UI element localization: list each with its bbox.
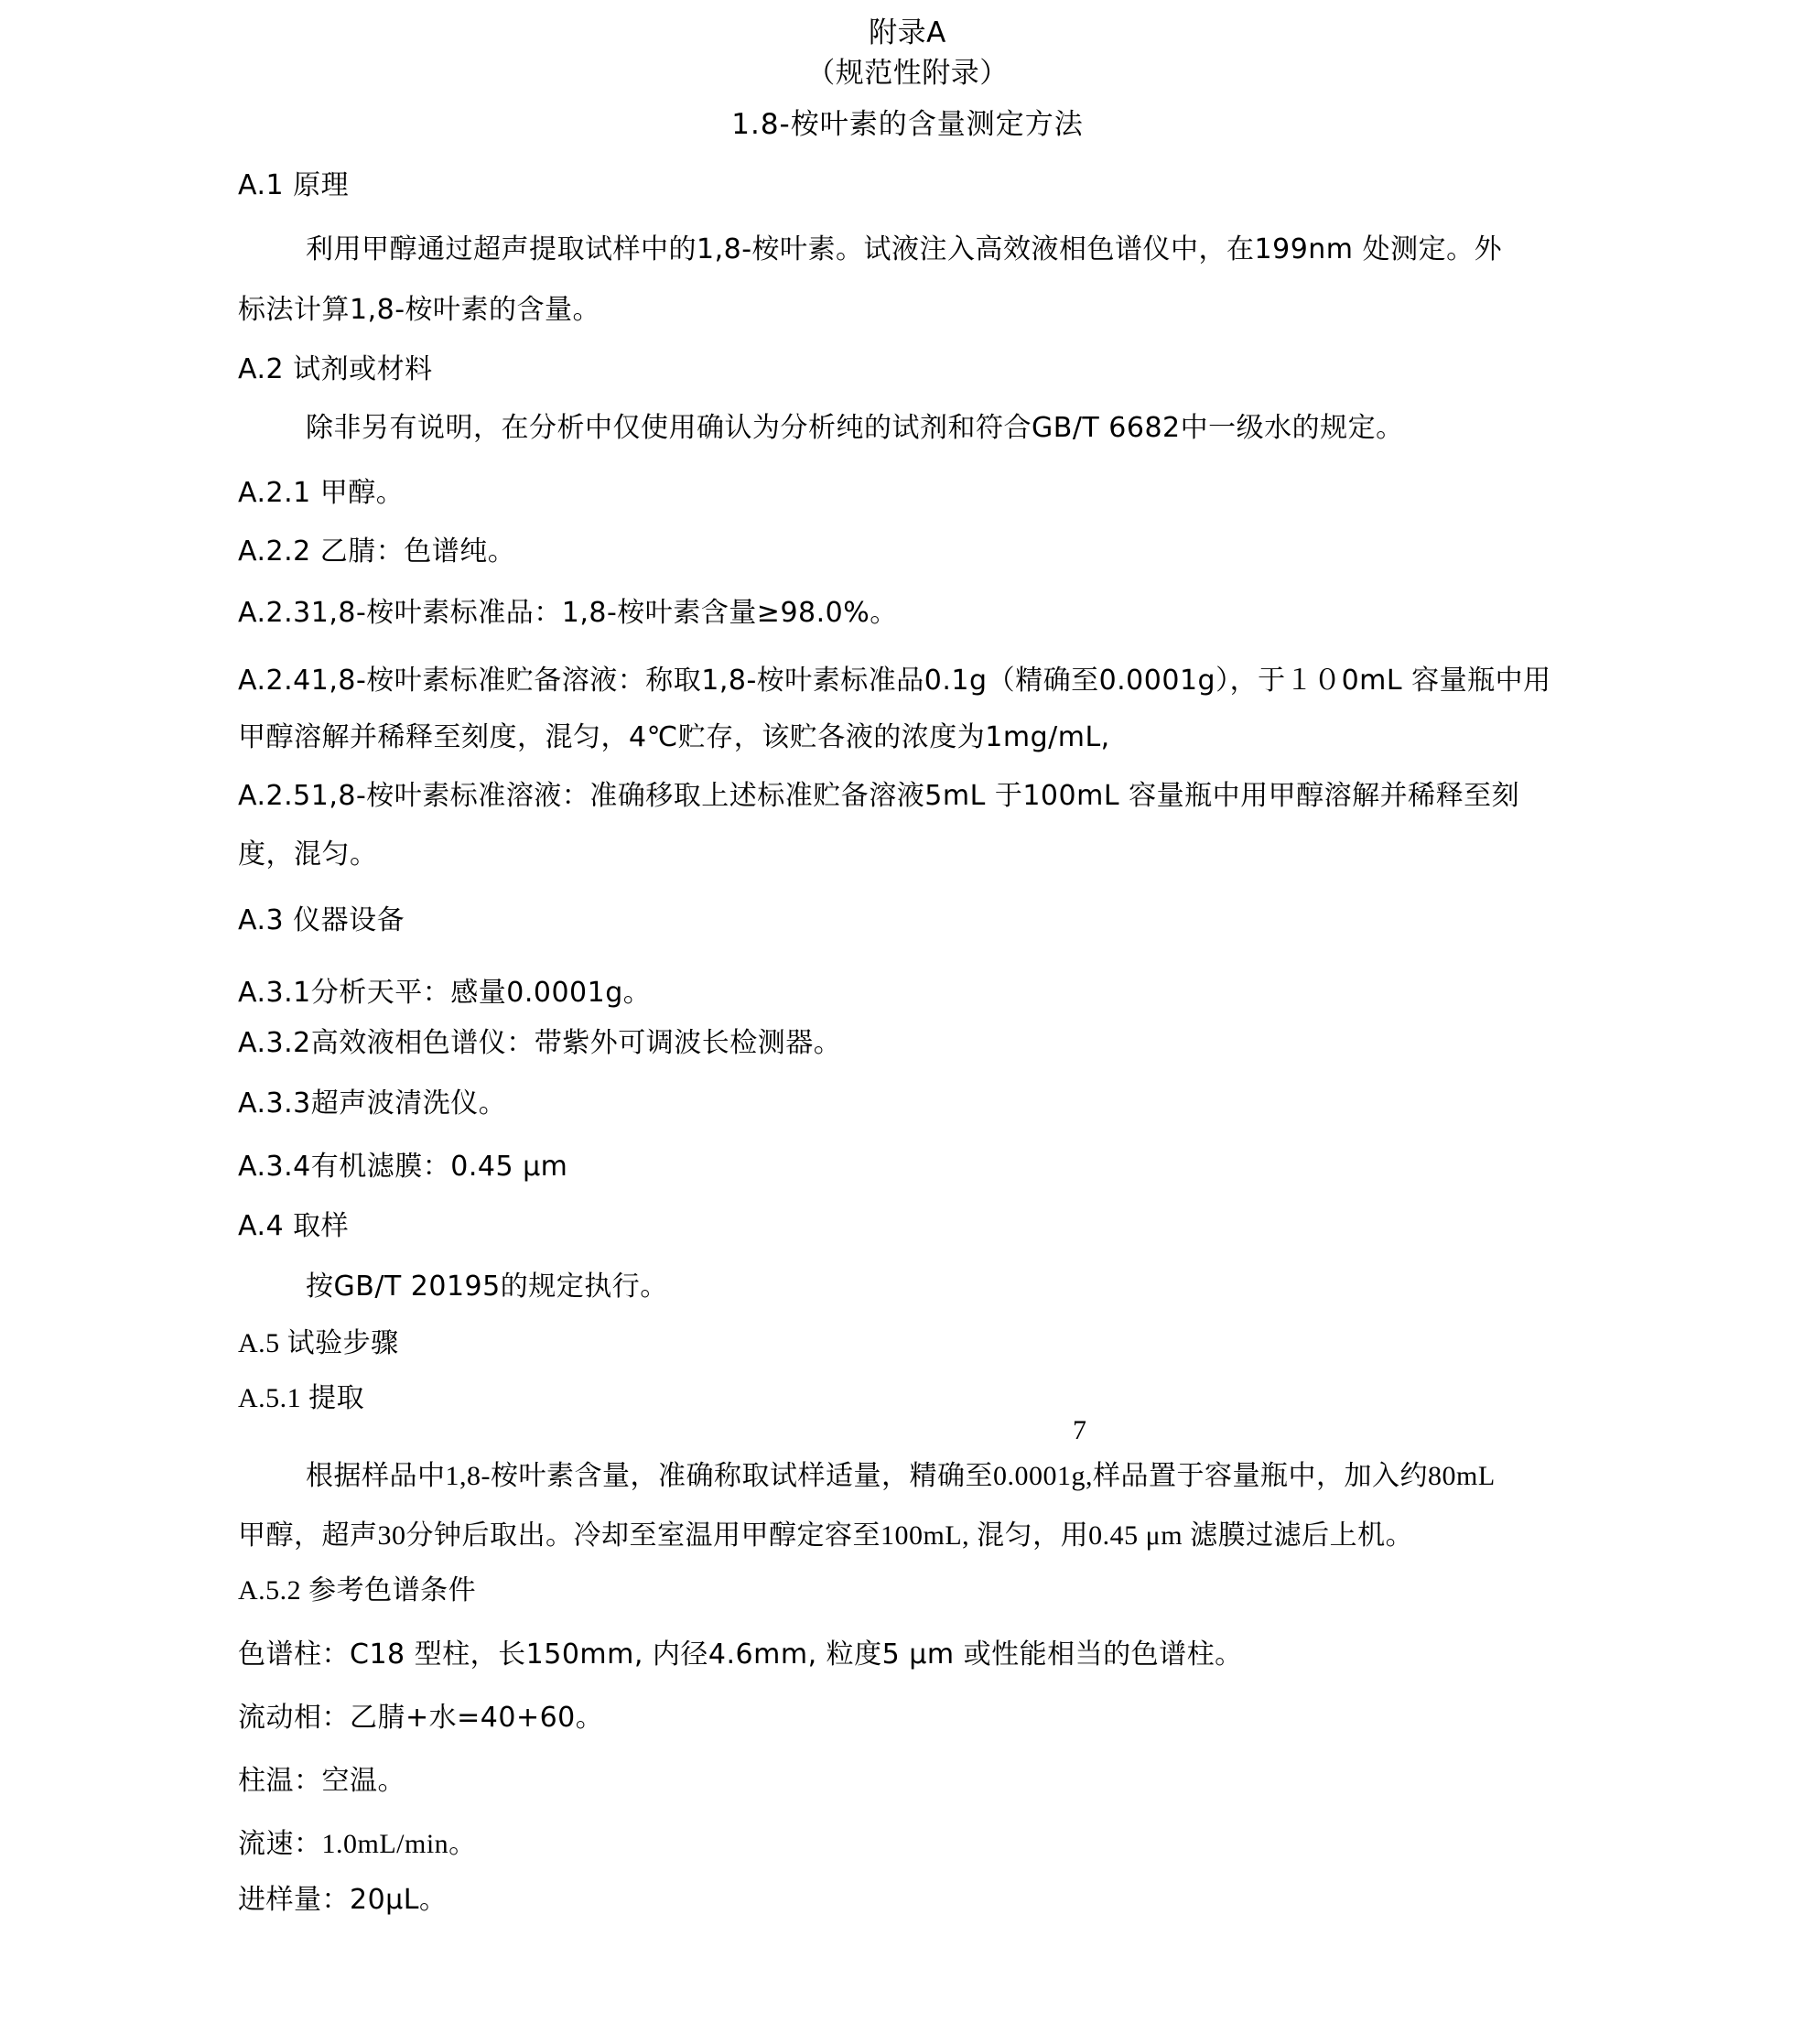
section-a3-item-4: A.3.4有机滤膜：0.45 μm — [238, 1151, 567, 1184]
section-a5-1-heading: A.5.1 提取 — [238, 1382, 364, 1415]
chromatography-condition-column-temp: 柱温：空温。 — [238, 1765, 405, 1798]
section-a3-item-2: A.3.2高效液相色谱仪：带紫外可调波长检测器。 — [238, 1027, 841, 1060]
appendix-type: （规范性附录） — [0, 57, 1815, 90]
section-a2-item-1: A.2.1 甲醇。 — [238, 477, 404, 510]
page-number: 7 — [1073, 1415, 1086, 1446]
section-a5-1-paragraph-line2: 甲醇，超声30分钟后取出。冷却至室温用甲醇定容至100mL, 混匀，用0.45 … — [238, 1519, 1413, 1552]
section-a2-item-2: A.2.2 乙腈：色谱纯。 — [238, 535, 515, 568]
section-a3-item-1: A.3.1分析天平：感量0.0001g。 — [238, 977, 651, 1010]
document-page: 附录A （规范性附录） 1.8-桉叶素的含量测定方法 A.1 原理 利用甲醇通过… — [0, 0, 1815, 2044]
section-a3-heading: A.3 仪器设备 — [238, 904, 405, 937]
chromatography-condition-column: 色谱柱：C18 型柱，长150mm, 内径4.6mm, 粒度5 μm 或性能相当… — [238, 1638, 1243, 1671]
section-a2-item-4-line1: A.2.41,8-桉叶素标准贮备溶液：称取1,8-桉叶素标准品0.1g（精确至0… — [238, 665, 1551, 698]
section-a1-paragraph-line2: 标法计算1,8-桉叶素的含量。 — [238, 294, 600, 327]
section-a1-heading: A.1 原理 — [238, 169, 349, 202]
section-a5-heading: A.5 试验步骤 — [238, 1327, 399, 1360]
chromatography-condition-injection-volume: 进样量：20μL。 — [238, 1884, 447, 1917]
appendix-label: 附录A — [0, 16, 1815, 49]
section-a4-heading: A.4 取样 — [238, 1210, 349, 1243]
section-a2-item-5-line2: 度，混匀。 — [238, 838, 378, 871]
section-a2-item-5-line1: A.2.51,8-桉叶素标准溶液：准确移取上述标准贮备溶液5mL 于100mL … — [238, 780, 1519, 813]
document-title: 1.8-桉叶素的含量测定方法 — [0, 108, 1815, 141]
section-a2-heading: A.2 试剂或材料 — [238, 353, 433, 386]
section-a1-paragraph-line1: 利用甲醇通过超声提取试样中的1,8-桉叶素。试液注入高效液相色谱仪中，在199n… — [306, 233, 1502, 266]
chromatography-condition-mobile-phase: 流动相：乙腈+水=40+60。 — [238, 1702, 603, 1735]
section-a2-intro: 除非另有说明，在分析中仅使用确认为分析纯的试剂和符合GB/T 6682中一级水的… — [306, 412, 1404, 445]
section-a2-item-3: A.2.31,8-桉叶素标准品：1,8-桉叶素含量≥98.0%。 — [238, 597, 898, 630]
section-a3-item-3: A.3.3超声波清洗仪。 — [238, 1087, 506, 1120]
section-a4-paragraph: 按GB/T 20195的规定执行。 — [306, 1271, 668, 1303]
chromatography-condition-flow-rate: 流速：1.0mL/min。 — [238, 1828, 477, 1861]
section-a5-1-paragraph-line1: 根据样品中1,8-桉叶素含量，准确称取试样适量，精确至0.0001g,样品置于容… — [306, 1460, 1496, 1493]
section-a5-2-heading: A.5.2 参考色谱条件 — [238, 1574, 476, 1607]
section-a2-item-4-line2: 甲醇溶解并稀释至刻度，混匀，4℃贮存，该贮各液的浓度为1mg/mL, — [238, 721, 1110, 754]
